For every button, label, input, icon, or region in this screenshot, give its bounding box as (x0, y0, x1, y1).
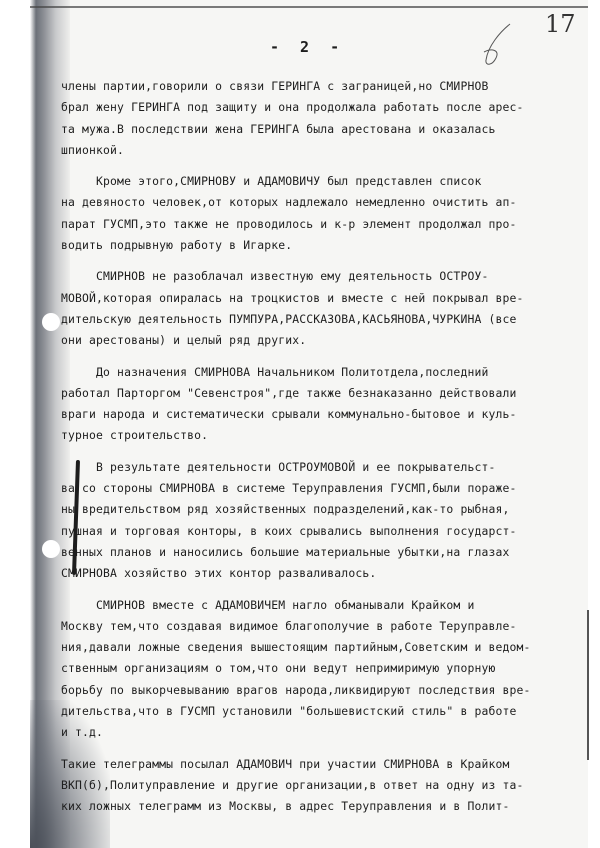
paragraph-gap (61, 161, 581, 171)
text-line: Москву тем,что создавая видимое благопол… (61, 616, 581, 637)
paragraph: члены партии,говорили о связи ГЕРИНГА с … (61, 76, 581, 161)
text-line: ственным организациям о том,что они веду… (61, 658, 581, 679)
paragraph: СМИРНОВ не разоблачал известную ему деят… (61, 266, 581, 351)
text-line: та мужа.В последствии жена ГЕРИНГА была … (61, 119, 581, 140)
text-line: борьбу по выкорчевыванию врагов народа,л… (61, 680, 581, 701)
text-line: ких ложных телеграмм из Москвы, в адрес … (61, 796, 581, 817)
paragraph-gap (61, 256, 581, 266)
text-line: СМИРНОВ вместе с АДАМОВИЧЕМ нагло обманы… (61, 595, 581, 616)
handwritten-mark-icon (470, 20, 530, 70)
document-body: члены партии,говорили о связи ГЕРИНГА с … (61, 76, 581, 818)
punch-hole (42, 313, 60, 331)
paragraph: Кроме этого,СМИРНОВУ и АДАМОВИЧУ был пре… (61, 171, 581, 256)
text-line: дительства,что в ГУСМП установили "больш… (61, 701, 581, 722)
paragraph-gap (61, 744, 581, 754)
page-right-margin (588, 0, 600, 848)
text-line: шпионкой. (61, 140, 581, 161)
text-line: венных планов и наносились большие матер… (61, 542, 581, 563)
text-line: турное строительство. (61, 425, 581, 446)
text-line: ва со стороны СМИРНОВА в системе Терупра… (61, 478, 581, 499)
top-edge-line (30, 6, 600, 8)
text-line: дительскую деятельность ПУМПУРА,РАССКАЗО… (61, 309, 581, 330)
text-line: Такие телеграммы посылал АДАМОВИЧ при уч… (61, 754, 581, 775)
text-line: МОВОЙ,которая опиралась на троцкистов и … (61, 288, 581, 309)
page-number: - 2 - (270, 38, 345, 56)
paragraph: Такие телеграммы посылал АДАМОВИЧ при уч… (61, 754, 581, 818)
text-line: СМИРНОВ не разоблачал известную ему деят… (61, 266, 581, 287)
text-line: брал жену ГЕРИНГА под защиту и она продо… (61, 97, 581, 118)
text-line: и т.д. (61, 722, 581, 743)
text-line: на девяносто человек,от которых надлежал… (61, 192, 581, 213)
document-page: - 2 - 17 члены партии,говорили о связи Г… (0, 0, 600, 848)
paragraph: До назначения СМИРНОВА Начальником Полит… (61, 362, 581, 447)
paragraph: СМИРНОВ вместе с АДАМОВИЧЕМ нагло обманы… (61, 595, 581, 744)
text-line: ны вредительством ряд хозяйственных подр… (61, 499, 581, 520)
text-line: работал Парторгом "Севенстроя",где также… (61, 383, 581, 404)
text-line: ВКП(б),Политуправление и другие организа… (61, 775, 581, 796)
right-edge-mark (587, 610, 589, 760)
text-line: пушная и торговая конторы, в коих срывал… (61, 521, 581, 542)
archive-sheet-number: 17 (545, 10, 576, 38)
text-line: парат ГУСМП,это также не проводилось и к… (61, 214, 581, 235)
text-line: они арестованы) и целый ряд других. (61, 330, 581, 351)
text-line: До назначения СМИРНОВА Начальником Полит… (61, 362, 581, 383)
text-line: ния,давали ложные сведения вышестоящим п… (61, 637, 581, 658)
paragraph-gap (61, 352, 581, 362)
text-line: СМИРНОВА хозяйство этих контор развалива… (61, 563, 581, 584)
text-line: Кроме этого,СМИРНОВУ и АДАМОВИЧУ был пре… (61, 171, 581, 192)
text-line: члены партии,говорили о связи ГЕРИНГА с … (61, 76, 581, 97)
paragraph-gap (61, 447, 581, 457)
punch-hole (42, 540, 60, 558)
text-line: враги народа и систематически срывали ко… (61, 404, 581, 425)
paragraph-gap (61, 585, 581, 595)
text-line: В результате деятельности ОСТРОУМОВОЙ и … (61, 457, 581, 478)
text-line: водить подрывную работу в Игарке. (61, 235, 581, 256)
paragraph: В результате деятельности ОСТРОУМОВОЙ и … (61, 457, 581, 585)
